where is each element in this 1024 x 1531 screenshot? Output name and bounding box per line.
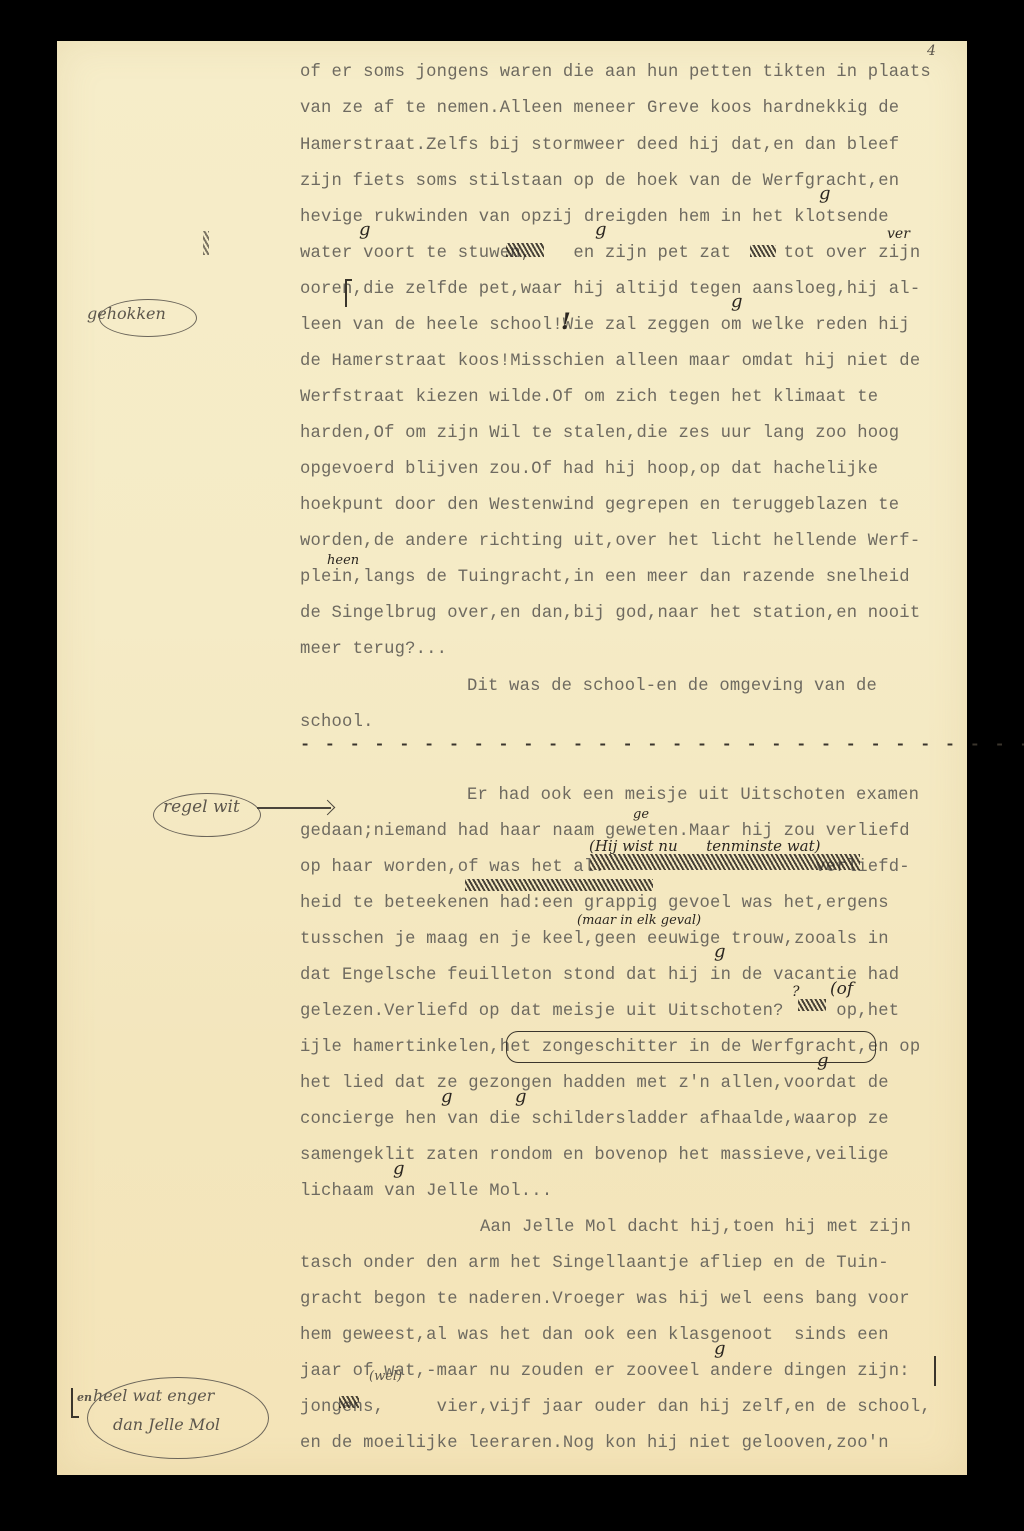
paragraph-mark-right (934, 1356, 936, 1386)
correction-g: g (595, 219, 607, 240)
correction-ge: ge (633, 807, 649, 822)
correction-g: g (819, 183, 831, 204)
typed-line-33: tasch onder den arm het Singellaantje af… (300, 1254, 889, 1274)
correction-question: ? (792, 984, 800, 1000)
scribble-deletion (339, 1396, 359, 1408)
typed-line-8: leen van de heele school!Wie zal zeggen … (300, 316, 910, 336)
typed-line-29: concierge hen van die schildersladder af… (300, 1110, 889, 1130)
correction-wel: (wel) (369, 1369, 402, 1384)
scribble-deletion (465, 879, 653, 891)
arrow-icon (257, 807, 331, 809)
typed-line-37: jongens, vier,vijf jaar ouder dan hij ze… (300, 1398, 931, 1418)
typed-line-11: harden,Of om zijn Wil te stalen,die zes … (300, 424, 899, 444)
manuscript-page: 4 of er soms jongens waren die aan hun p… (57, 41, 967, 1475)
section-separator: - - - - - - - - - - - - - - - - - - - - … (300, 736, 1024, 755)
correction-g: g (515, 1086, 527, 1107)
typed-line-1: of er soms jongens waren die aan hun pet… (300, 63, 931, 83)
typed-line-15: plein,langs de Tuingracht,in een meer da… (300, 568, 910, 588)
typed-line-24: tusschen je maag en je keel,geen eeuwige… (300, 930, 889, 950)
typed-line-16: de Singelbrug over,en dan,bij god,naar h… (300, 604, 920, 624)
typed-line-2: van ze af te nemen.Alleen meneer Greve k… (300, 99, 899, 119)
typed-line-18: Dit was de school-en de omgeving van de (467, 677, 877, 697)
correction-g: g (359, 219, 371, 240)
margin-note-gehokken: gehokken (87, 304, 166, 323)
scribble-deletion (750, 245, 776, 257)
correction-g: g (714, 1338, 726, 1359)
typed-line-14: worden,de andere richting uit,over het l… (300, 532, 920, 552)
typed-line-4: zijn fiets soms stilstaan op de hoek van… (300, 172, 899, 192)
margin-note-regel-wit: regel wit (163, 797, 240, 817)
typed-line-9: de Hamerstraat koos!Misschien alleen maa… (300, 352, 920, 372)
correction-g: g (441, 1086, 453, 1107)
pencil-mark (203, 231, 209, 255)
correction-of: (of (830, 979, 853, 999)
typed-line-38: en de moeilijke leeraren.Nog kon hij nie… (300, 1434, 889, 1454)
typed-line-19: school. (300, 713, 374, 733)
paragraph-mark (345, 279, 352, 307)
scribble-deletion (506, 243, 544, 257)
typed-line-13: hoekpunt door den Westenwind gegrepen en… (300, 496, 899, 516)
typed-line-12: opgevoerd blijven zou.Of had hij hoop,op… (300, 460, 878, 480)
encircled-phrase (506, 1031, 876, 1063)
typed-line-31: lichaam van Jelle Mol... (300, 1182, 552, 1202)
typed-line-25: dat Engelsche feuilleton stond dat hij i… (300, 966, 899, 986)
correction-hij-wist: (Hij wist nu tenminste wat) (589, 837, 821, 855)
typed-line-28: het lied dat ze gezongen hadden met z'n … (300, 1074, 889, 1094)
typed-line-35: hem geweest,al was het dan ook een klasg… (300, 1326, 889, 1346)
typed-line-32: Aan Jelle Mol dacht hij,toen hij met zij… (480, 1218, 911, 1238)
correction-g: g (731, 291, 743, 312)
correction-g: g (714, 941, 726, 962)
scribble-deletion (590, 854, 860, 870)
margin-note-en: en (77, 1391, 92, 1404)
page-number: 4 (927, 43, 936, 59)
correction-exclaim: ! (561, 309, 571, 335)
correction-ver: ver (887, 226, 910, 242)
typed-line-10: Werfstraat kiezen wilde.Of om zich tegen… (300, 388, 878, 408)
typed-line-6: water voort te stuwen, en zijn pet zat t… (300, 244, 920, 264)
typed-line-34: gracht begon te naderen.Vroeger was hij … (300, 1290, 910, 1310)
typed-line-20: Er had ook een meisje uit Uitschoten exa… (467, 786, 919, 806)
margin-note-jelle-line1: heel wat enger (93, 1386, 214, 1405)
typed-line-17: meer terug?... (300, 640, 447, 660)
correction-g: g (393, 1158, 405, 1179)
typed-line-30: samengeklit zaten rondom en bovenop het … (300, 1146, 889, 1166)
typed-line-3: Hamerstraat.Zelfs bij stormweer deed hij… (300, 136, 899, 156)
margin-note-jelle-line2: dan Jelle Mol (113, 1415, 220, 1434)
typed-line-23: heid te beteekenen had:een grappig gevoe… (300, 894, 889, 914)
typed-line-7: ooren,die zelfde pet,waar hij altijd teg… (300, 280, 920, 300)
correction-heen: heen (327, 553, 359, 568)
correction-maar-in-elk-geval: (maar in elk geval) (577, 913, 701, 928)
scribble-deletion (798, 999, 826, 1011)
